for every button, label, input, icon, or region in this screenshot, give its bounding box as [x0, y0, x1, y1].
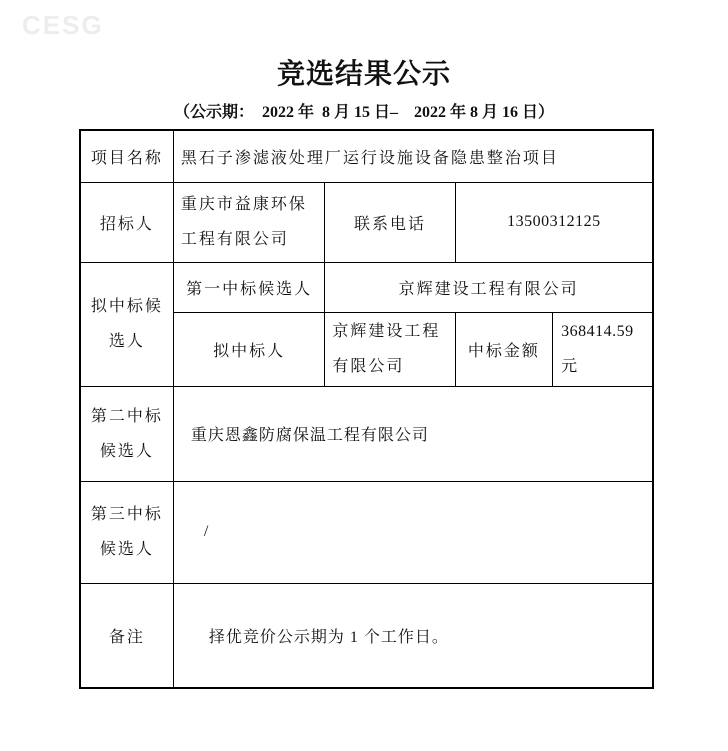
- proposed-candidates-label-line2: 选人: [81, 324, 173, 359]
- second-candidate-label-line1: 第二中标: [81, 399, 173, 434]
- remark-value: 择优竞价公示期为 1 个工作日。: [173, 583, 653, 688]
- project-name-label: 项目名称: [80, 130, 173, 182]
- cesg-watermark: CESG: [22, 10, 104, 41]
- tenderer-name: 重庆市益康环保 工程有限公司: [173, 182, 325, 262]
- second-candidate-value: 重庆恩鑫防腐保温工程有限公司: [173, 386, 653, 481]
- tenderer-name-line1: 重庆市益康环保: [181, 187, 325, 222]
- publicity-period: （公示期： 2022 年 8 月 15 日– 2022 年 8 月 16 日）: [0, 99, 728, 122]
- announcement-page: CESG 竞选结果公示 （公示期： 2022 年 8 月 15 日– 2022 …: [0, 0, 728, 751]
- table-row-project: 项目名称 黑石子渗滤液处理厂运行设施设备隐患整治项目: [80, 130, 653, 182]
- first-candidate-value: 京辉建设工程有限公司: [325, 262, 653, 312]
- project-name-value: 黑石子渗滤液处理厂运行设施设备隐患整治项目: [173, 130, 653, 182]
- third-candidate-value: /: [173, 481, 653, 583]
- tenderer-label: 招标人: [80, 182, 173, 262]
- award-amount-unit: 元: [561, 349, 652, 384]
- table-row-third-candidate: 第三中标 候选人 /: [80, 481, 653, 583]
- award-amount-number: 368414.59: [561, 314, 652, 349]
- table-row-tenderer: 招标人 重庆市益康环保 工程有限公司 联系电话 13500312125: [80, 182, 653, 262]
- remark-label: 备注: [80, 583, 173, 688]
- table-row-second-candidate: 第二中标 候选人 重庆恩鑫防腐保温工程有限公司: [80, 386, 653, 481]
- tenderer-name-line2: 工程有限公司: [181, 222, 325, 257]
- proposed-winner-name-line2: 有限公司: [332, 349, 454, 384]
- page-title: 竞选结果公示: [0, 52, 728, 92]
- proposed-winner-label: 拟中标人: [173, 312, 325, 386]
- award-amount-value: 368414.59 元: [553, 312, 653, 386]
- result-table: 项目名称 黑石子渗滤液处理厂运行设施设备隐患整治项目 招标人 重庆市益康环保 工…: [79, 129, 654, 689]
- third-candidate-label-line1: 第三中标: [81, 497, 173, 532]
- award-amount-label: 中标金额: [455, 312, 552, 386]
- third-candidate-label: 第三中标 候选人: [80, 481, 173, 583]
- table-row-first-candidate: 拟中标候 选人 第一中标候选人 京辉建设工程有限公司: [80, 262, 653, 312]
- proposed-winner-name-line1: 京辉建设工程: [332, 314, 454, 349]
- proposed-candidates-label-line1: 拟中标候: [81, 289, 173, 324]
- proposed-candidates-label: 拟中标候 选人: [80, 262, 173, 386]
- first-candidate-label: 第一中标候选人: [173, 262, 325, 312]
- proposed-winner-name: 京辉建设工程 有限公司: [325, 312, 455, 386]
- third-candidate-label-line2: 候选人: [81, 532, 173, 567]
- contact-phone-value: 13500312125: [455, 182, 653, 262]
- second-candidate-label-line2: 候选人: [81, 434, 173, 469]
- contact-phone-label: 联系电话: [325, 182, 455, 262]
- second-candidate-label: 第二中标 候选人: [80, 386, 173, 481]
- table-row-remark: 备注 择优竞价公示期为 1 个工作日。: [80, 583, 653, 688]
